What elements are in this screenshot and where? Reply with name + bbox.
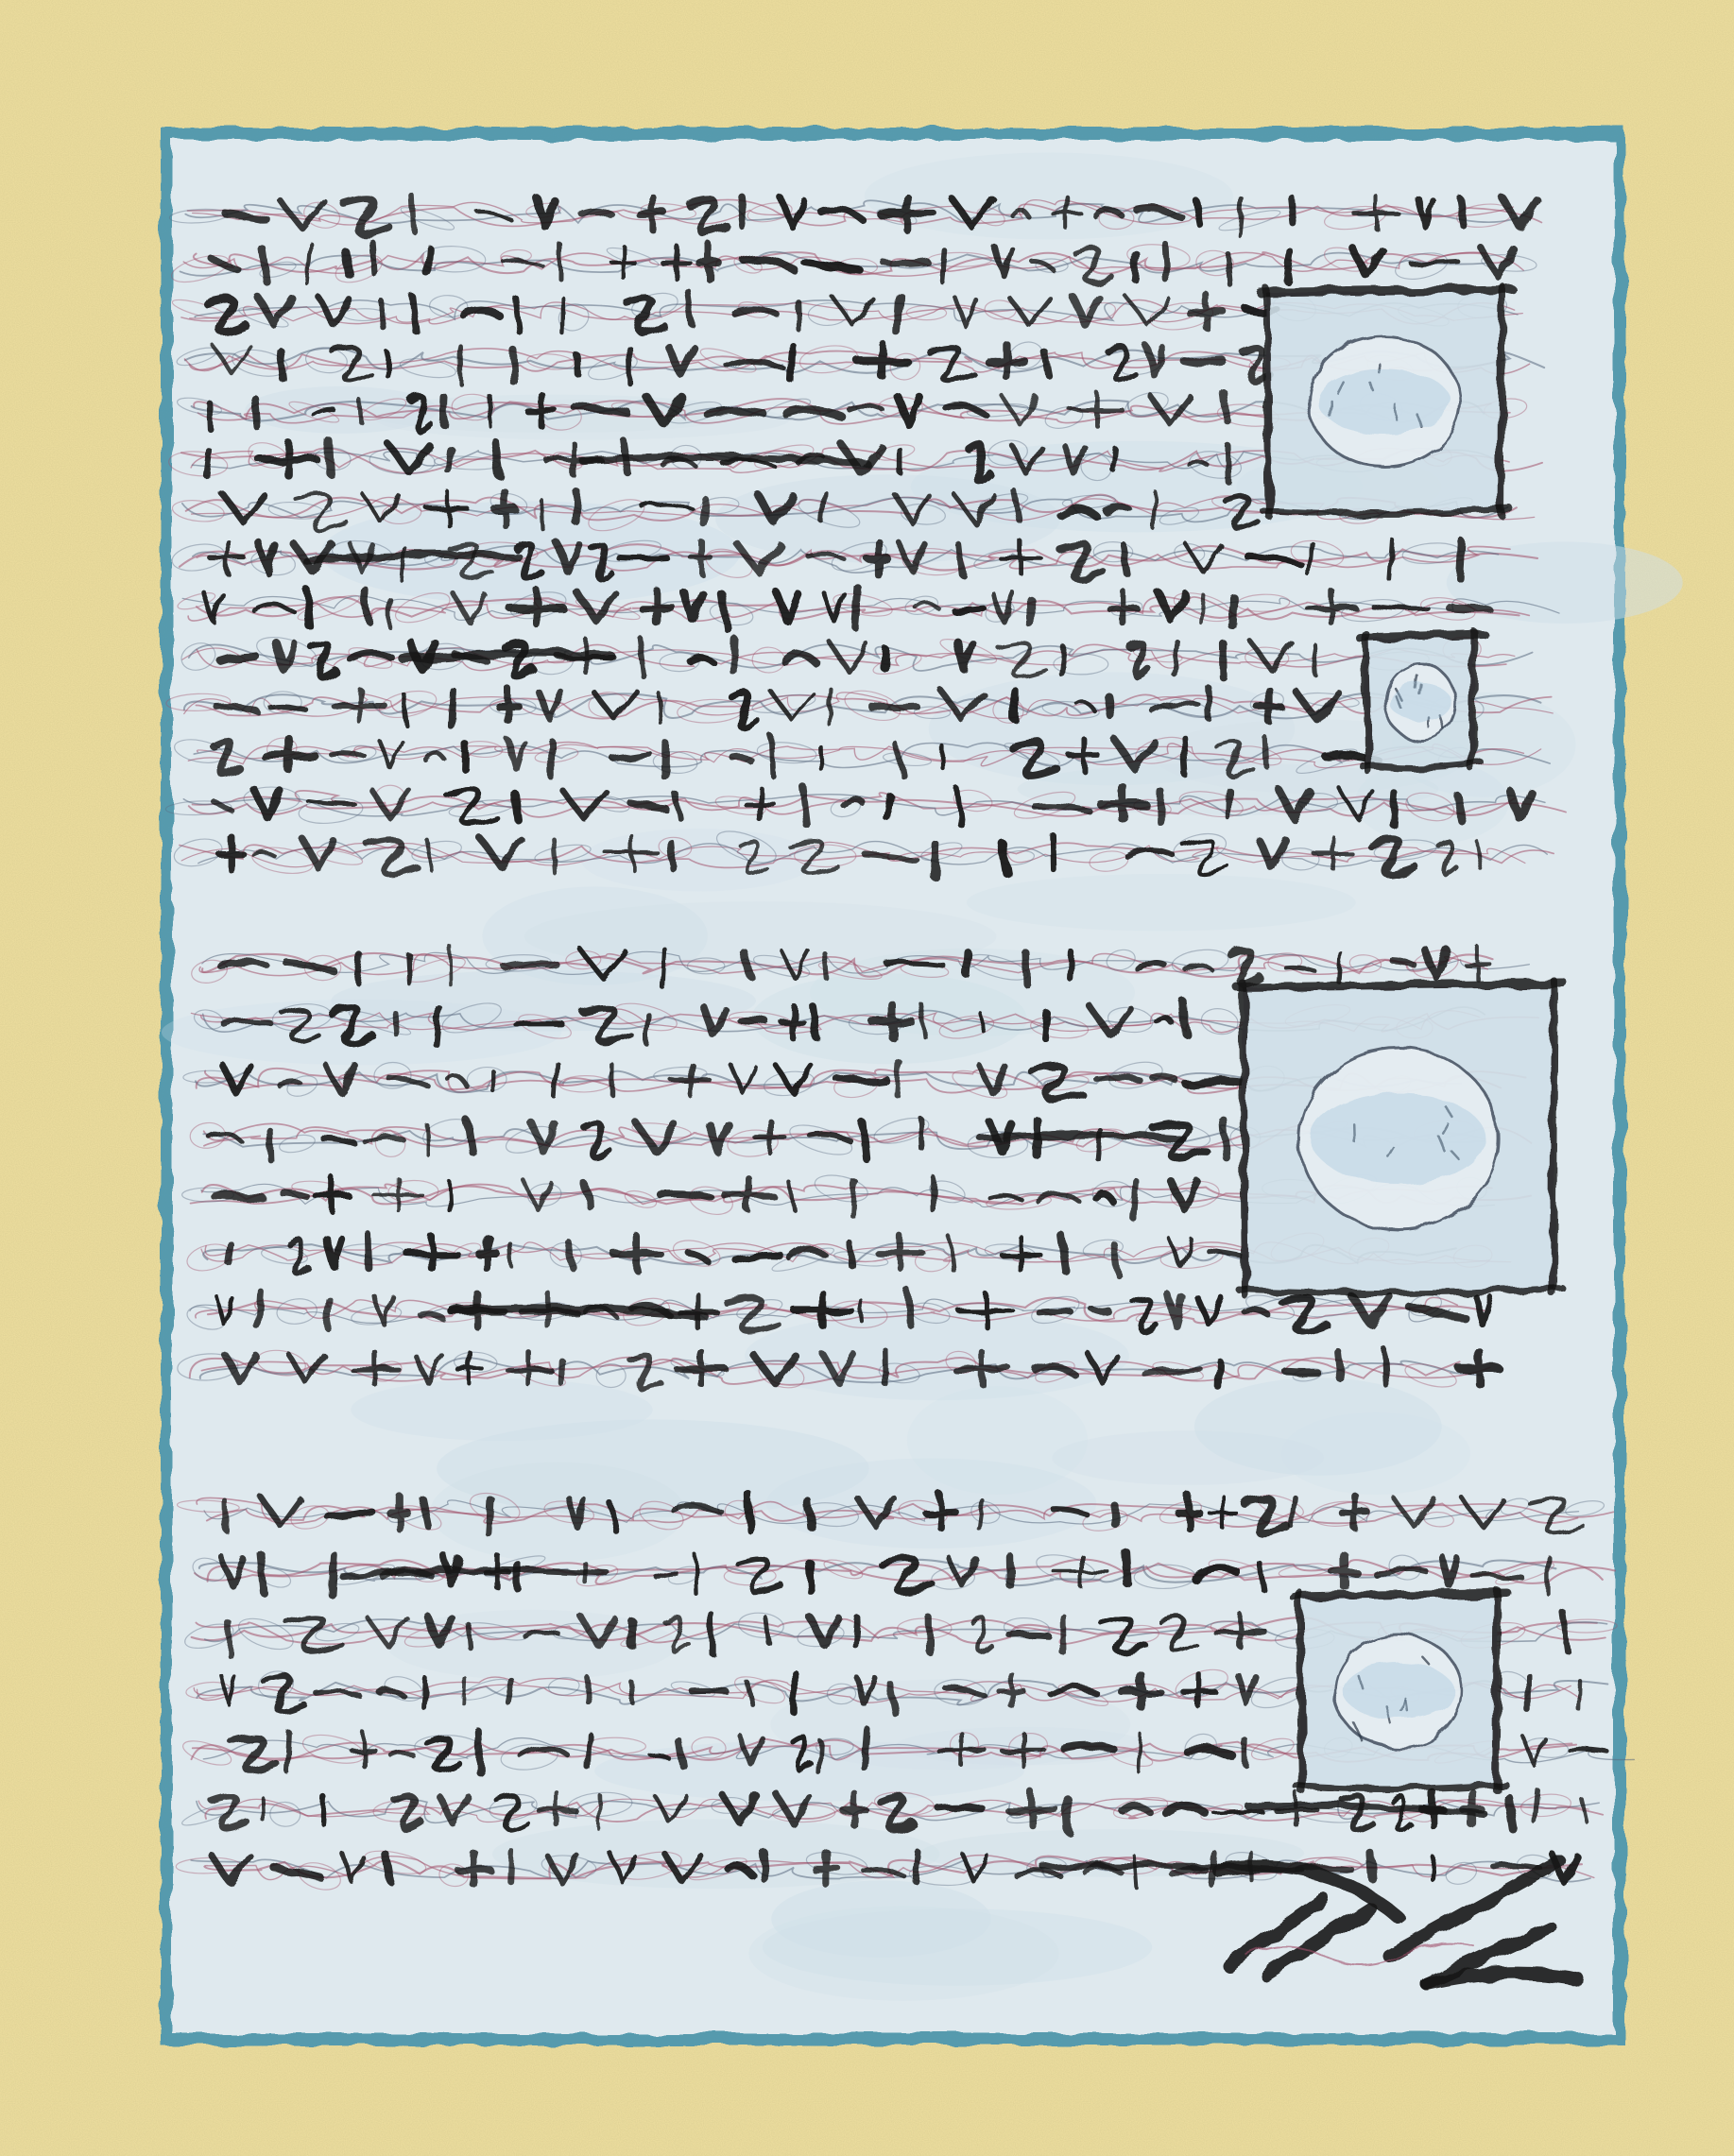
- painting-canvas: Abstract painting of an illegible handwr…: [0, 0, 1734, 2156]
- painting-artwork: [0, 0, 1734, 2156]
